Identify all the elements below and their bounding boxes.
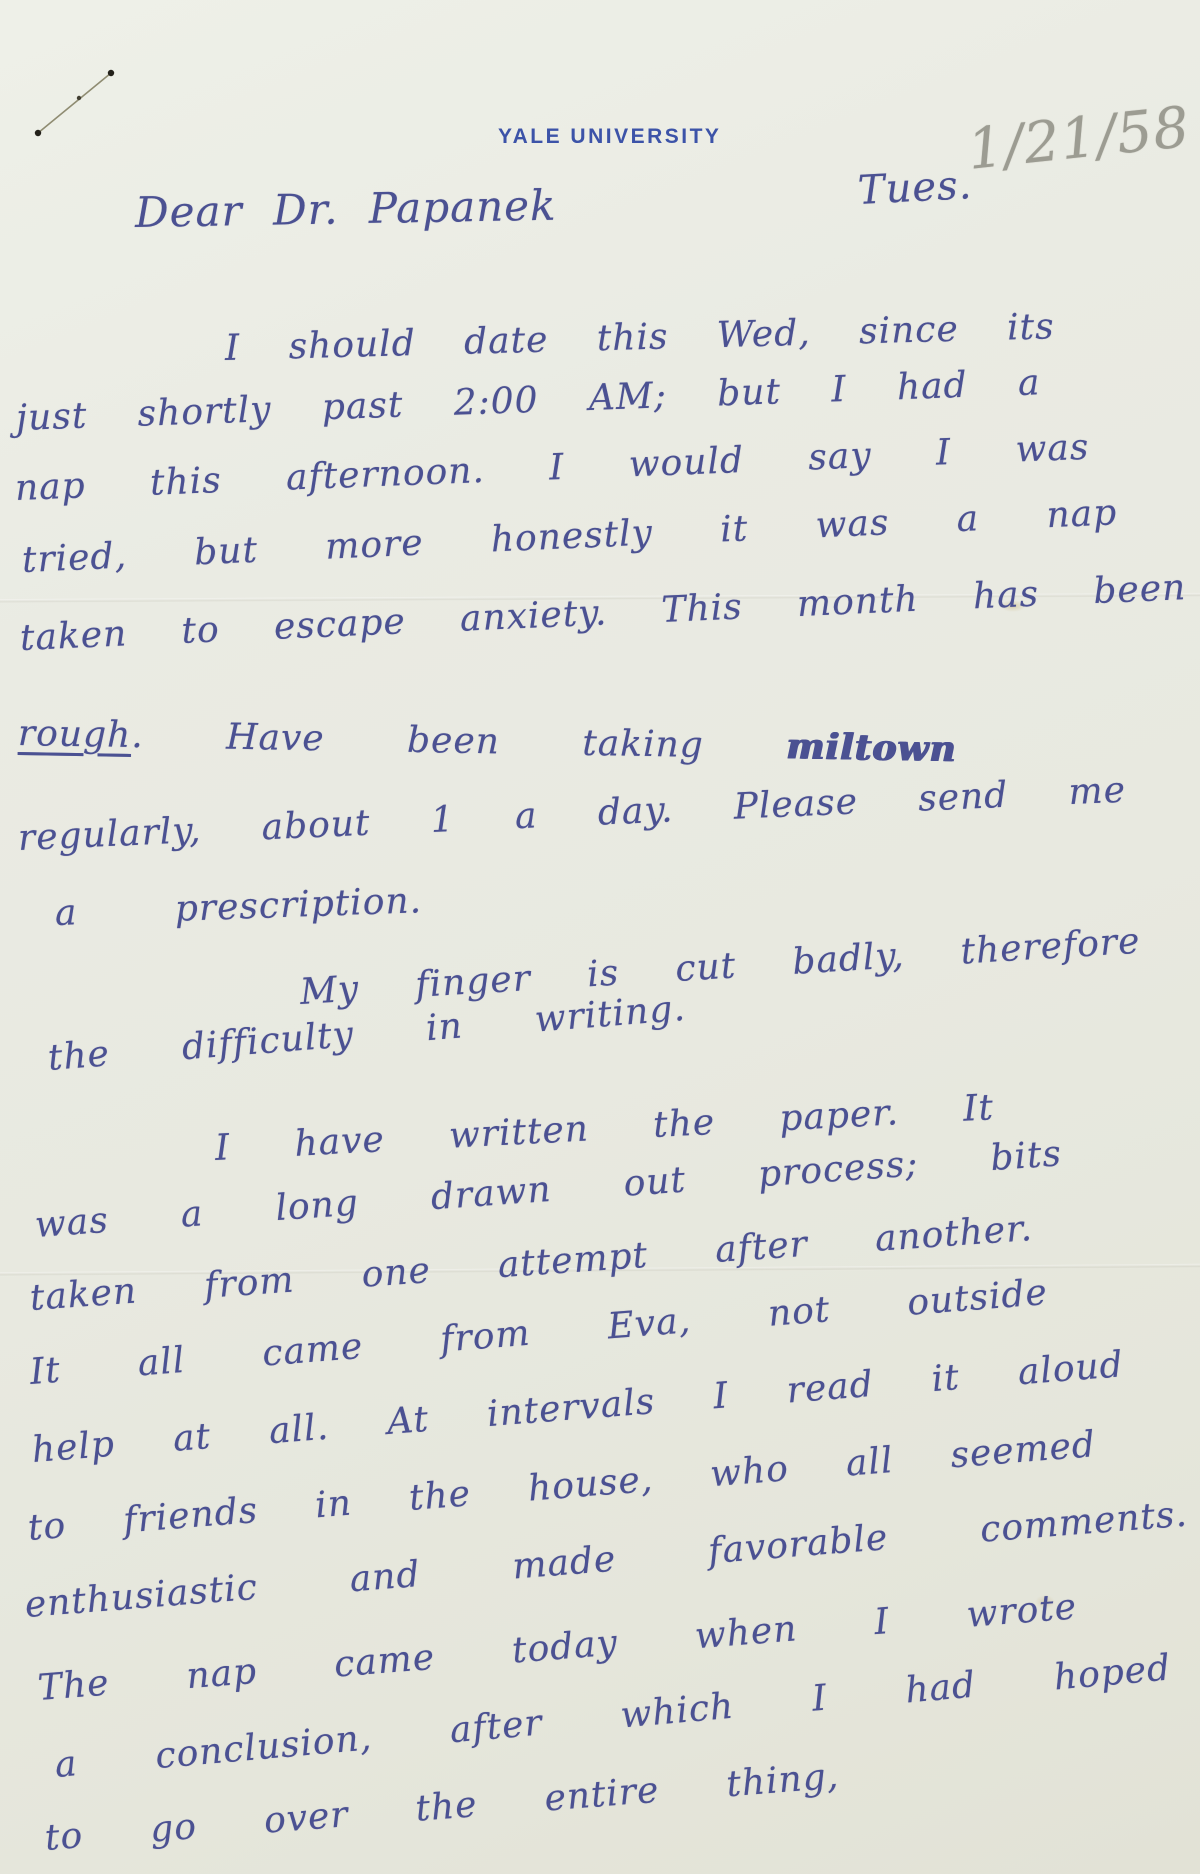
body-line-6-text: . Have been taking [131,715,787,767]
body-line-8: a prescription. [54,880,422,934]
letter-page: YALE UNIVERSITY Tues. 1/21/58 Dear Dr. P… [0,0,1200,1874]
body-line-5: taken to escape anxiety. This month has … [19,567,1187,659]
staple-scratch-icon [25,60,145,160]
pencil-date: 1/21/58 [965,95,1193,183]
underlined-word: rough [18,713,132,756]
body-line-9: My finger is cut badly, therefore [299,921,1142,1013]
body-line-4: tried, but more honestly it was a nap [21,492,1118,581]
overwritten-word: miltown [786,725,957,770]
body-line-1: I should date this Wed, since its [224,306,1055,369]
body-line-6: rough. Have been taking miltown [18,712,957,770]
body-line-7: regularly, about 1 a day. Please send me [17,770,1127,859]
salutation: Dear Dr. Papanek [135,181,557,237]
body-line-2: just shortly past 2:00 AM; but I had a [15,362,1041,439]
body-line-3: nap this afternoon. I would say I was [14,427,1090,509]
letterhead-title: YALE UNIVERSITY [498,125,721,149]
handwritten-day: Tues. [857,162,974,214]
